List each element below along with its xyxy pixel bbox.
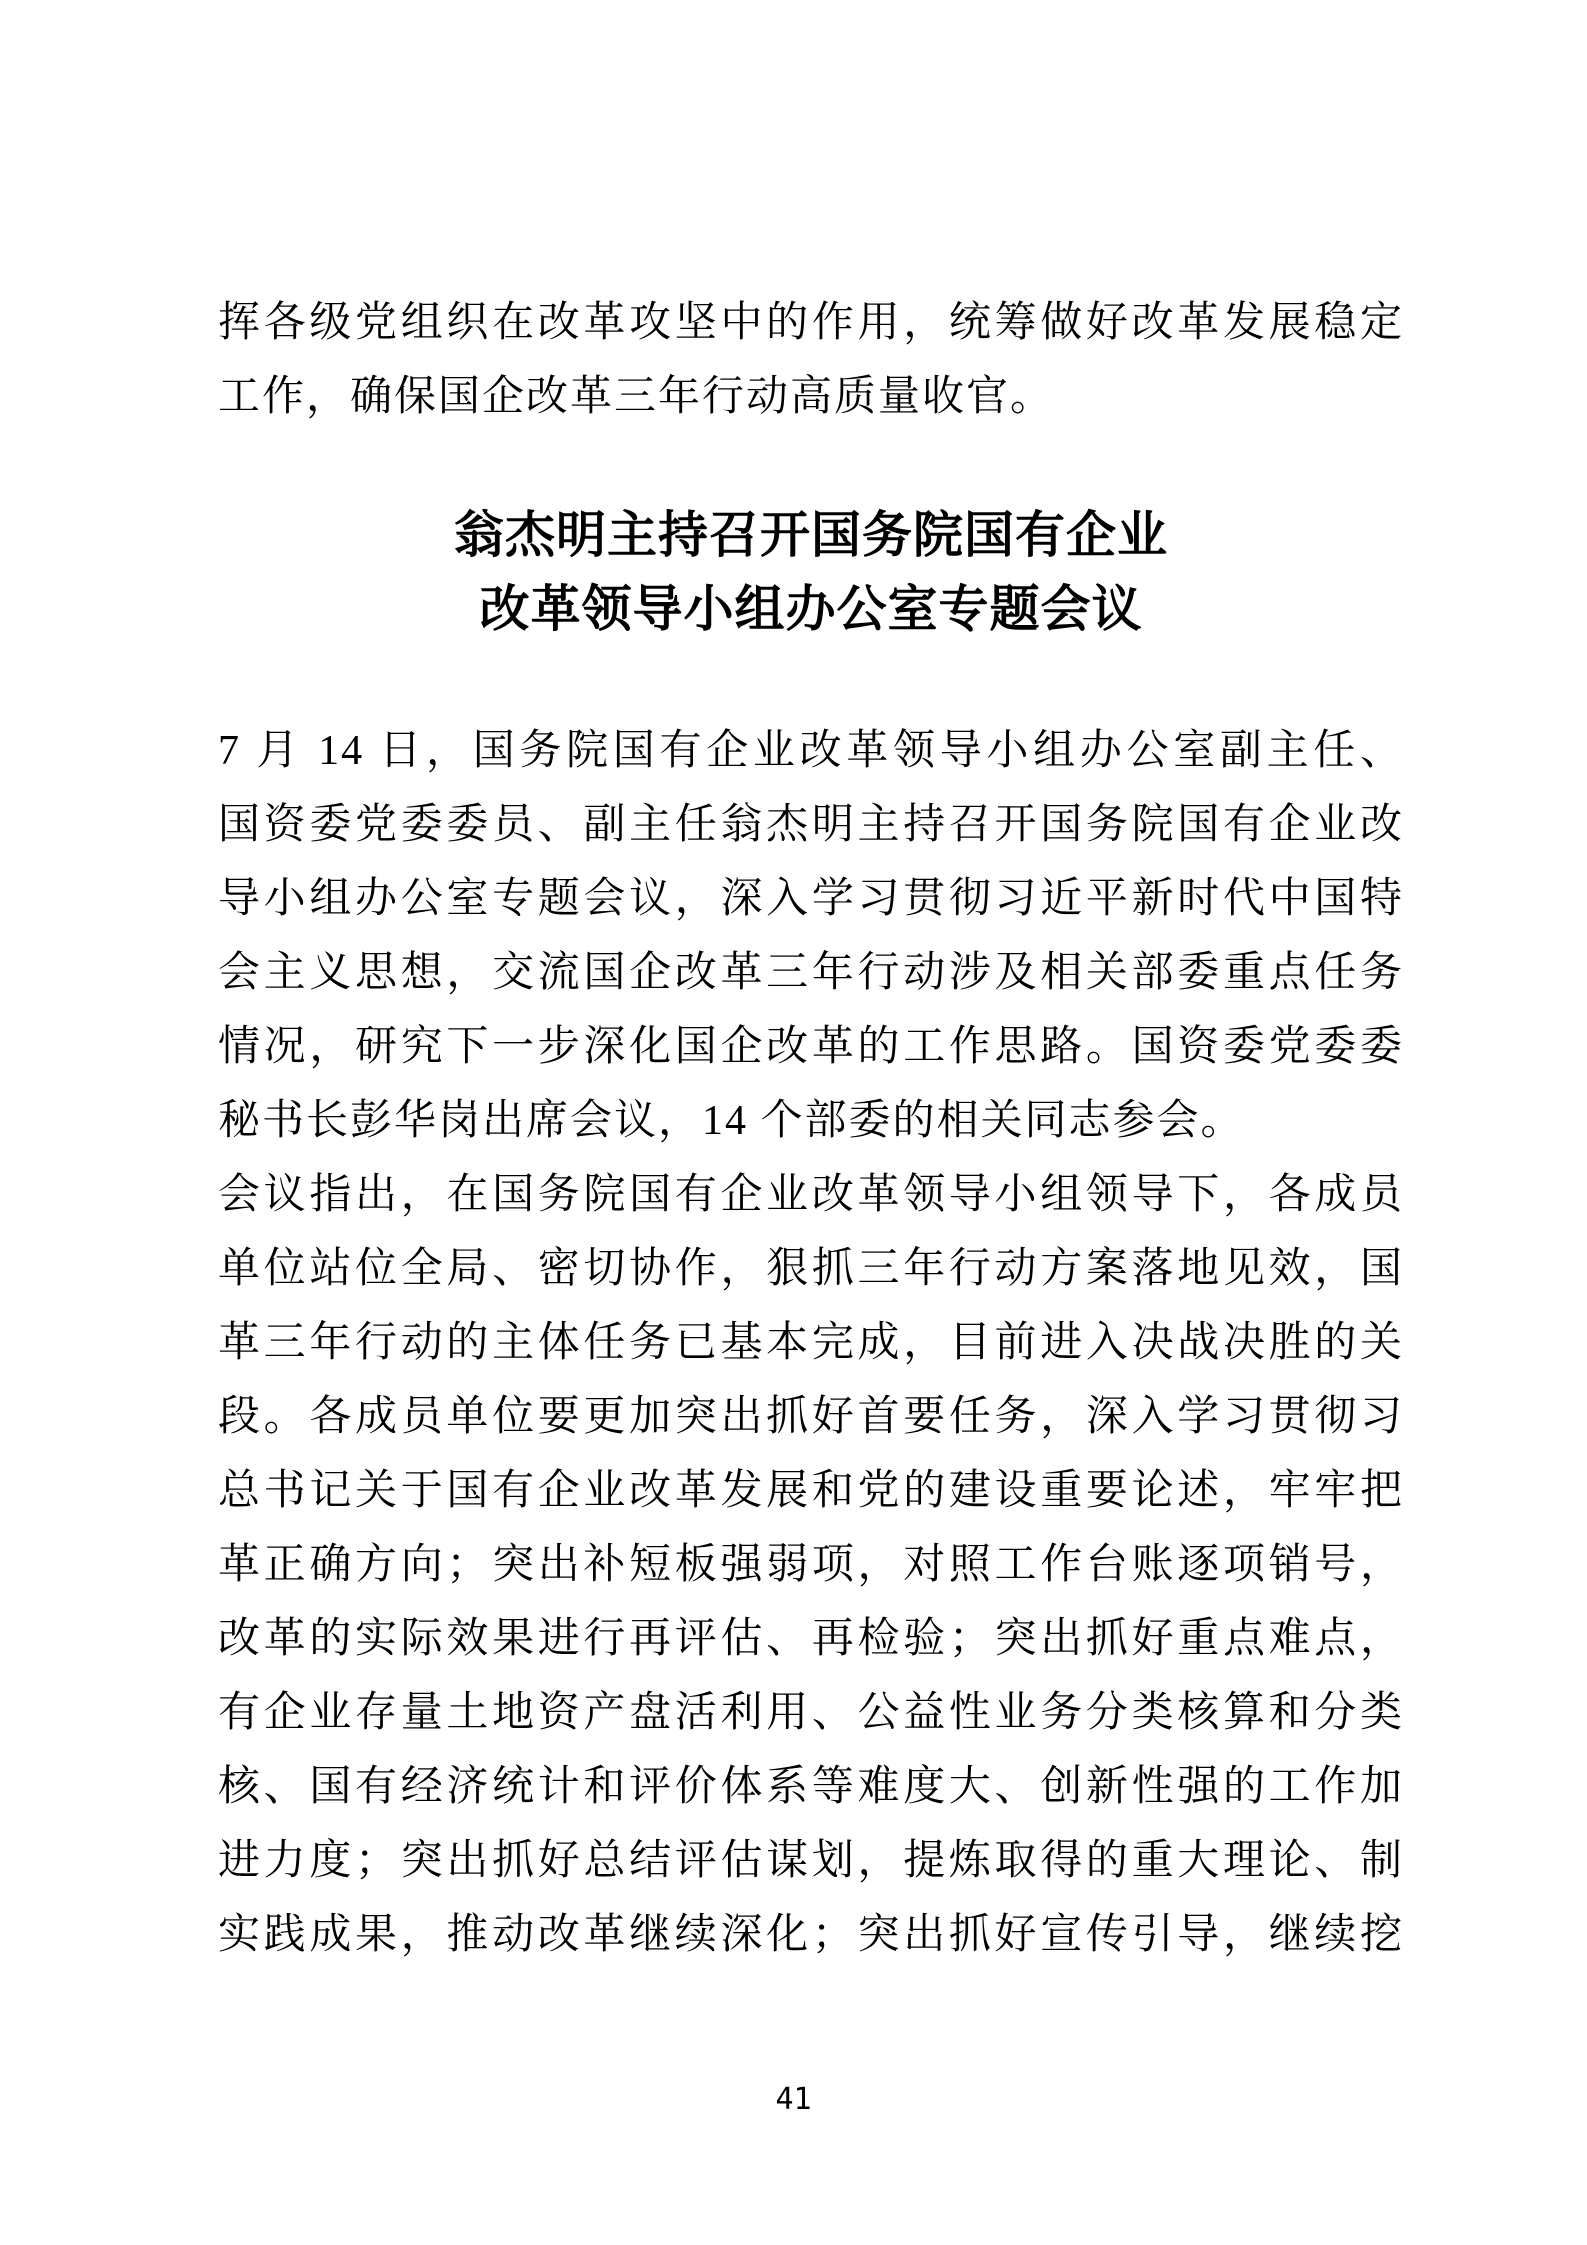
paragraph-meeting-intro: 7 月 14 日，国务院国有企业改革领导小组办公室副主任、 国资委党委委员、副主… — [218, 714, 1404, 1158]
body-text-line: 核、国有经济统计和评价体系等难度大、创新性强的工作加大推 — [218, 1750, 1404, 1824]
body-text-line: 革正确方向；突出补短板强弱项，对照工作台账逐项销号，并对 — [218, 1528, 1404, 1602]
article-title-line: 翁杰明主持召开国务院国有企业 — [218, 498, 1404, 572]
body-text-line: 实践成果，推动改革继续深化；突出抓好宣传引导，继续挖掘一 — [218, 1898, 1404, 1972]
body-text-line: 情况，研究下一步深化国企改革的工作思路。国资委党委委员、 — [218, 1010, 1404, 1084]
body-text-line: 挥各级党组织在改革攻坚中的作用，统筹做好改革发展稳定各项 — [218, 286, 1404, 360]
document-page: 挥各级党组织在改革攻坚中的作用，统筹做好改革发展稳定各项 工作，确保国企改革三年… — [0, 0, 1587, 2245]
body-text-line: 工作，确保国企改革三年行动高质量收官。 — [218, 360, 1404, 434]
body-text-line: 进力度；突出抓好总结评估谋划，提炼取得的重大理论、制度和 — [218, 1824, 1404, 1898]
body-text-line: 单位站位全局、密切协作，狠抓三年行动方案落地见效，国企改 — [218, 1232, 1404, 1306]
body-text-line: 会议指出，在国务院国有企业改革领导小组领导下，各成员 — [218, 1158, 1404, 1232]
page-number: 41 — [0, 2082, 1587, 2118]
body-text-line: 革三年行动的主体任务已基本完成，目前进入决战决胜的关键阶 — [218, 1306, 1404, 1380]
body-text-line: 秘书长彭华岗出席会议，14 个部委的相关同志参会。 — [218, 1084, 1404, 1158]
continuation-paragraph: 挥各级党组织在改革攻坚中的作用，统筹做好改革发展稳定各项 工作，确保国企改革三年… — [218, 286, 1404, 434]
body-text-line: 7 月 14 日，国务院国有企业改革领导小组办公室副主任、 — [218, 714, 1404, 788]
body-text-line: 段。各成员单位要更加突出抓好首要任务，深入学习贯彻习近平 — [218, 1380, 1404, 1454]
body-text-line: 会主义思想，交流国企改革三年行动涉及相关部委重点任务进展 — [218, 936, 1404, 1010]
article-title-line: 改革领导小组办公室专题会议 — [218, 572, 1404, 646]
article-title: 翁杰明主持召开国务院国有企业 改革领导小组办公室专题会议 — [218, 498, 1404, 646]
body-text-line: 国资委党委委员、副主任翁杰明主持召开国务院国有企业改革领 — [218, 788, 1404, 862]
body-text-line: 有企业存量土地资产盘活利用、公益性业务分类核算和分类考 — [218, 1676, 1404, 1750]
body-text-line: 改革的实际效果进行再评估、再检验；突出抓好重点难点，对国 — [218, 1602, 1404, 1676]
body-text-line: 总书记关于国有企业改革发展和党的建设重要论述，牢牢把握改 — [218, 1454, 1404, 1528]
paragraph-meeting-points: 会议指出，在国务院国有企业改革领导小组领导下，各成员 单位站位全局、密切协作，狠… — [218, 1158, 1404, 1972]
page-content: 挥各级党组织在改革攻坚中的作用，统筹做好改革发展稳定各项 工作，确保国企改革三年… — [218, 0, 1404, 1972]
body-text-line: 导小组办公室专题会议，深入学习贯彻习近平新时代中国特色社 — [218, 862, 1404, 936]
